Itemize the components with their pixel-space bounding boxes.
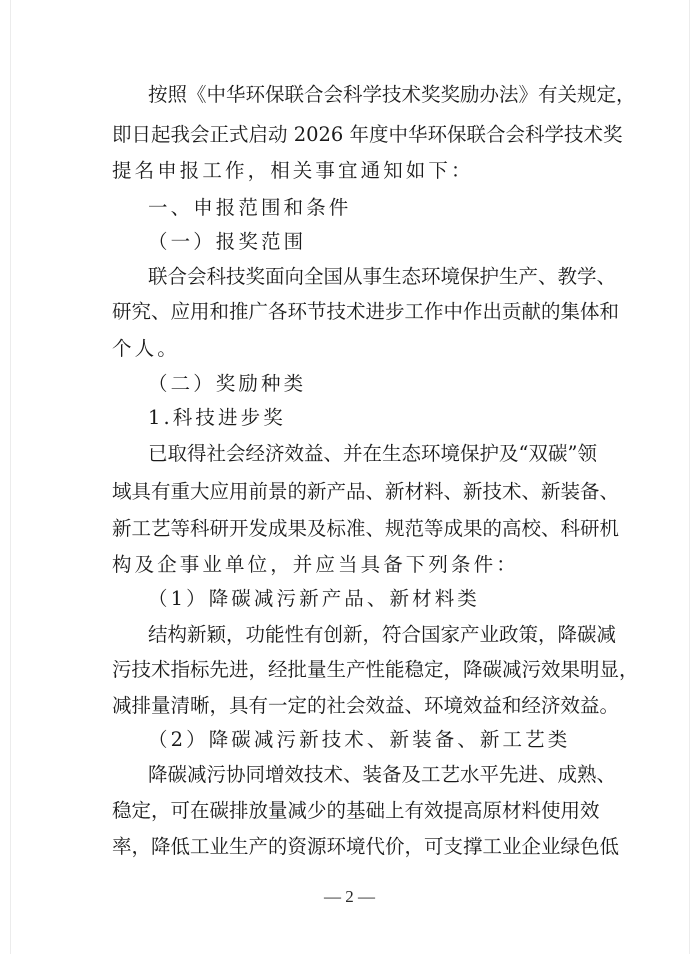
paragraph-line: 域具有重大应用前景的新产品、新材料、新技术、新装备、: [112, 477, 588, 507]
paragraph-line: 新工艺等科研开发成果及标准、规范等成果的高校、科研机: [112, 514, 588, 544]
category-heading: （2）降碳减污新技术、新装备、新工艺类: [112, 725, 588, 755]
category-heading: （1）降碳减污新产品、新材料类: [112, 584, 588, 614]
paragraph-line: 稳定，可在碳排放量减少的基础上有效提高原材料使用效: [112, 796, 588, 826]
subsection-heading: （二）奖励种类: [112, 369, 588, 399]
page-edge-left: [10, 0, 11, 954]
subsection-heading: （一）报奖范围: [112, 227, 588, 257]
section-heading: 一、申报范围和条件: [112, 193, 588, 223]
page-number: — 2 —: [0, 884, 699, 910]
paragraph-line: 提名申报工作，相关事宜通知如下：: [112, 156, 588, 186]
paragraph-line: 个人。: [112, 334, 588, 364]
paragraph-line: 研究、应用和推广各环节技术进步工作中作出贡献的集体和: [112, 297, 588, 327]
paragraph-line: 降碳减污协同增效技术、装备及工艺水平先进、成熟、: [112, 760, 588, 790]
paragraph-line: 减排量清晰，具有一定的社会效益、环境效益和经济效益。: [112, 691, 588, 721]
paragraph-line: 污技术指标先进，经批量生产性能稳定，降碳减污效果明显，: [112, 655, 588, 685]
page-edge-right: [689, 0, 690, 954]
paragraph-line: 结构新颖，功能性有创新，符合国家产业政策，降碳减: [112, 620, 588, 650]
paragraph-line: 按照《中华环保联合会科学技术奖奖励办法》有关规定，: [112, 80, 588, 110]
paragraph-line: 即日起我会正式启动 2026 年度中华环保联合会科学技术奖: [112, 120, 588, 150]
paragraph-line: 联合会科技奖面向全国从事生态环境保护生产、教学、: [112, 262, 588, 292]
paragraph-line: 已取得社会经济效益、并在生态环境保护及“双碳”领: [112, 439, 588, 469]
paragraph-line: 构及企事业单位，并应当具备下列条件：: [112, 550, 588, 580]
item-heading: 1.科技进步奖: [112, 403, 588, 433]
paragraph-line: 率，降低工业生产的资源环境代价，可支撑工业企业绿色低: [112, 832, 588, 862]
